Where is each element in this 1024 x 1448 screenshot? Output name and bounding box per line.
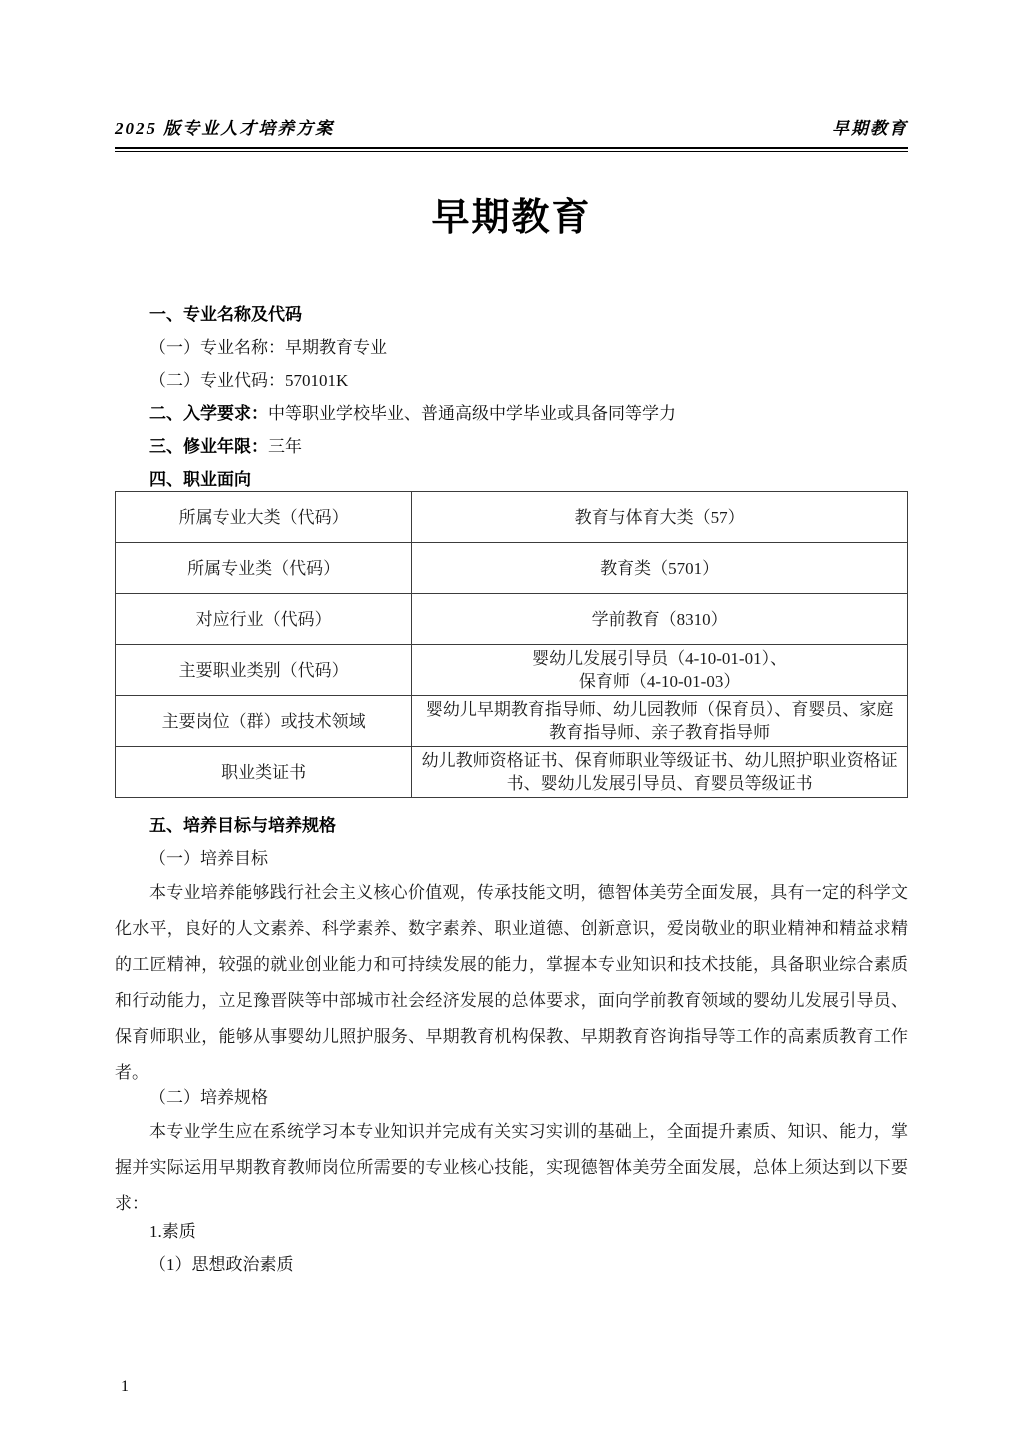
header-left-text: 2025 版专业人才培养方案 <box>115 118 334 140</box>
table-row: 主要岗位（群）或技术领域 婴幼儿早期教育指导师、幼儿园教师（保育员）、育婴员、家… <box>116 696 908 747</box>
table-row: 对应行业（代码） 学前教育（8310） <box>116 594 908 645</box>
page-header: 2025 版专业人才培养方案 早期教育 <box>115 0 908 140</box>
table-label-cell: 主要职业类别（代码） <box>116 645 412 696</box>
header-right-text: 早期教育 <box>832 118 908 140</box>
page-footer: 1 <box>121 1378 129 1396</box>
page-content: 2025 版专业人才培养方案 早期教育 早期教育 一、专业名称及代码 （一）专业… <box>0 0 1024 1281</box>
section-3-line: 三、修业年限：三年 <box>115 430 908 463</box>
table-label-cell: 职业类证书 <box>116 747 412 798</box>
page-number: 1 <box>121 1378 129 1395</box>
section-5-sub-2-heading: （二）培养规格 <box>115 1081 908 1114</box>
table-label-cell: 所属专业大类（代码） <box>116 492 412 543</box>
section-5-headings: 五、培养目标与培养规格 （一）培养目标 <box>115 809 908 875</box>
numbered-items: 一、专业名称及代码 （一）专业名称：早期教育专业 （二）专业代码：570101K… <box>115 298 908 496</box>
quality-item-1: （1）思想政治素质 <box>115 1248 908 1281</box>
table-label-cell: 对应行业（代码） <box>116 594 412 645</box>
career-orientation-table: 所属专业大类（代码） 教育与体育大类（57） 所属专业类（代码） 教育类（570… <box>115 491 908 798</box>
table-label-cell: 主要岗位（群）或技术领域 <box>116 696 412 747</box>
document-title: 早期教育 <box>115 192 908 244</box>
section-2-text: 中等职业学校毕业、普通高级中学毕业或具备同等学力 <box>268 404 676 423</box>
section-5-heading: 五、培养目标与培养规格 <box>115 809 908 842</box>
section-1-item-2: （二）专业代码：570101K <box>115 364 908 397</box>
header-rule <box>115 147 908 152</box>
quality-heading: 1.素质 <box>115 1215 908 1248</box>
table-row: 主要职业类别（代码） 婴幼儿发展引导员（4-10-01-01）、 保育师（4-1… <box>116 645 908 696</box>
table-row: 所属专业类（代码） 教育类（5701） <box>116 543 908 594</box>
section-3-label: 三、修业年限： <box>149 437 268 456</box>
section-2-line: 二、入学要求：中等职业学校毕业、普通高级中学毕业或具备同等学力 <box>115 397 908 430</box>
section-1-heading: 一、专业名称及代码 <box>115 298 908 331</box>
table-value-cell: 婴幼儿早期教育指导师、幼儿园教师（保育员）、育婴员、家庭教育指导师、亲子教育指导… <box>412 696 908 747</box>
table-row: 所属专业大类（代码） 教育与体育大类（57） <box>116 492 908 543</box>
section-3-text: 三年 <box>268 437 302 456</box>
table-value-cell: 婴幼儿发展引导员（4-10-01-01）、 保育师（4-10-01-03） <box>412 645 908 696</box>
table-value-cell: 幼儿教师资格证书、保育师职业等级证书、幼儿照护职业资格证书、婴幼儿发展引导员、育… <box>412 747 908 798</box>
table-value-cell: 教育与体育大类（57） <box>412 492 908 543</box>
training-specification-paragraph: 本专业学生应在系统学习本专业知识并完成有关实习实训的基础上，全面提升素质、知识、… <box>115 1114 908 1222</box>
training-objective-paragraph: 本专业培养能够践行社会主义核心价值观，传承技能文明，德智体美劳全面发展，具有一定… <box>115 875 908 1091</box>
table-label-cell: 所属专业类（代码） <box>116 543 412 594</box>
table-value-cell: 学前教育（8310） <box>412 594 908 645</box>
table-row: 职业类证书 幼儿教师资格证书、保育师职业等级证书、幼儿照护职业资格证书、婴幼儿发… <box>116 747 908 798</box>
section-5-sub-1-heading: （一）培养目标 <box>115 842 908 875</box>
section-2-label: 二、入学要求： <box>149 404 268 423</box>
section-1-item-1: （一）专业名称：早期教育专业 <box>115 331 908 364</box>
table-value-cell: 教育类（5701） <box>412 543 908 594</box>
document-page: 2025 版专业人才培养方案 早期教育 早期教育 一、专业名称及代码 （一）专业… <box>0 0 1024 1448</box>
